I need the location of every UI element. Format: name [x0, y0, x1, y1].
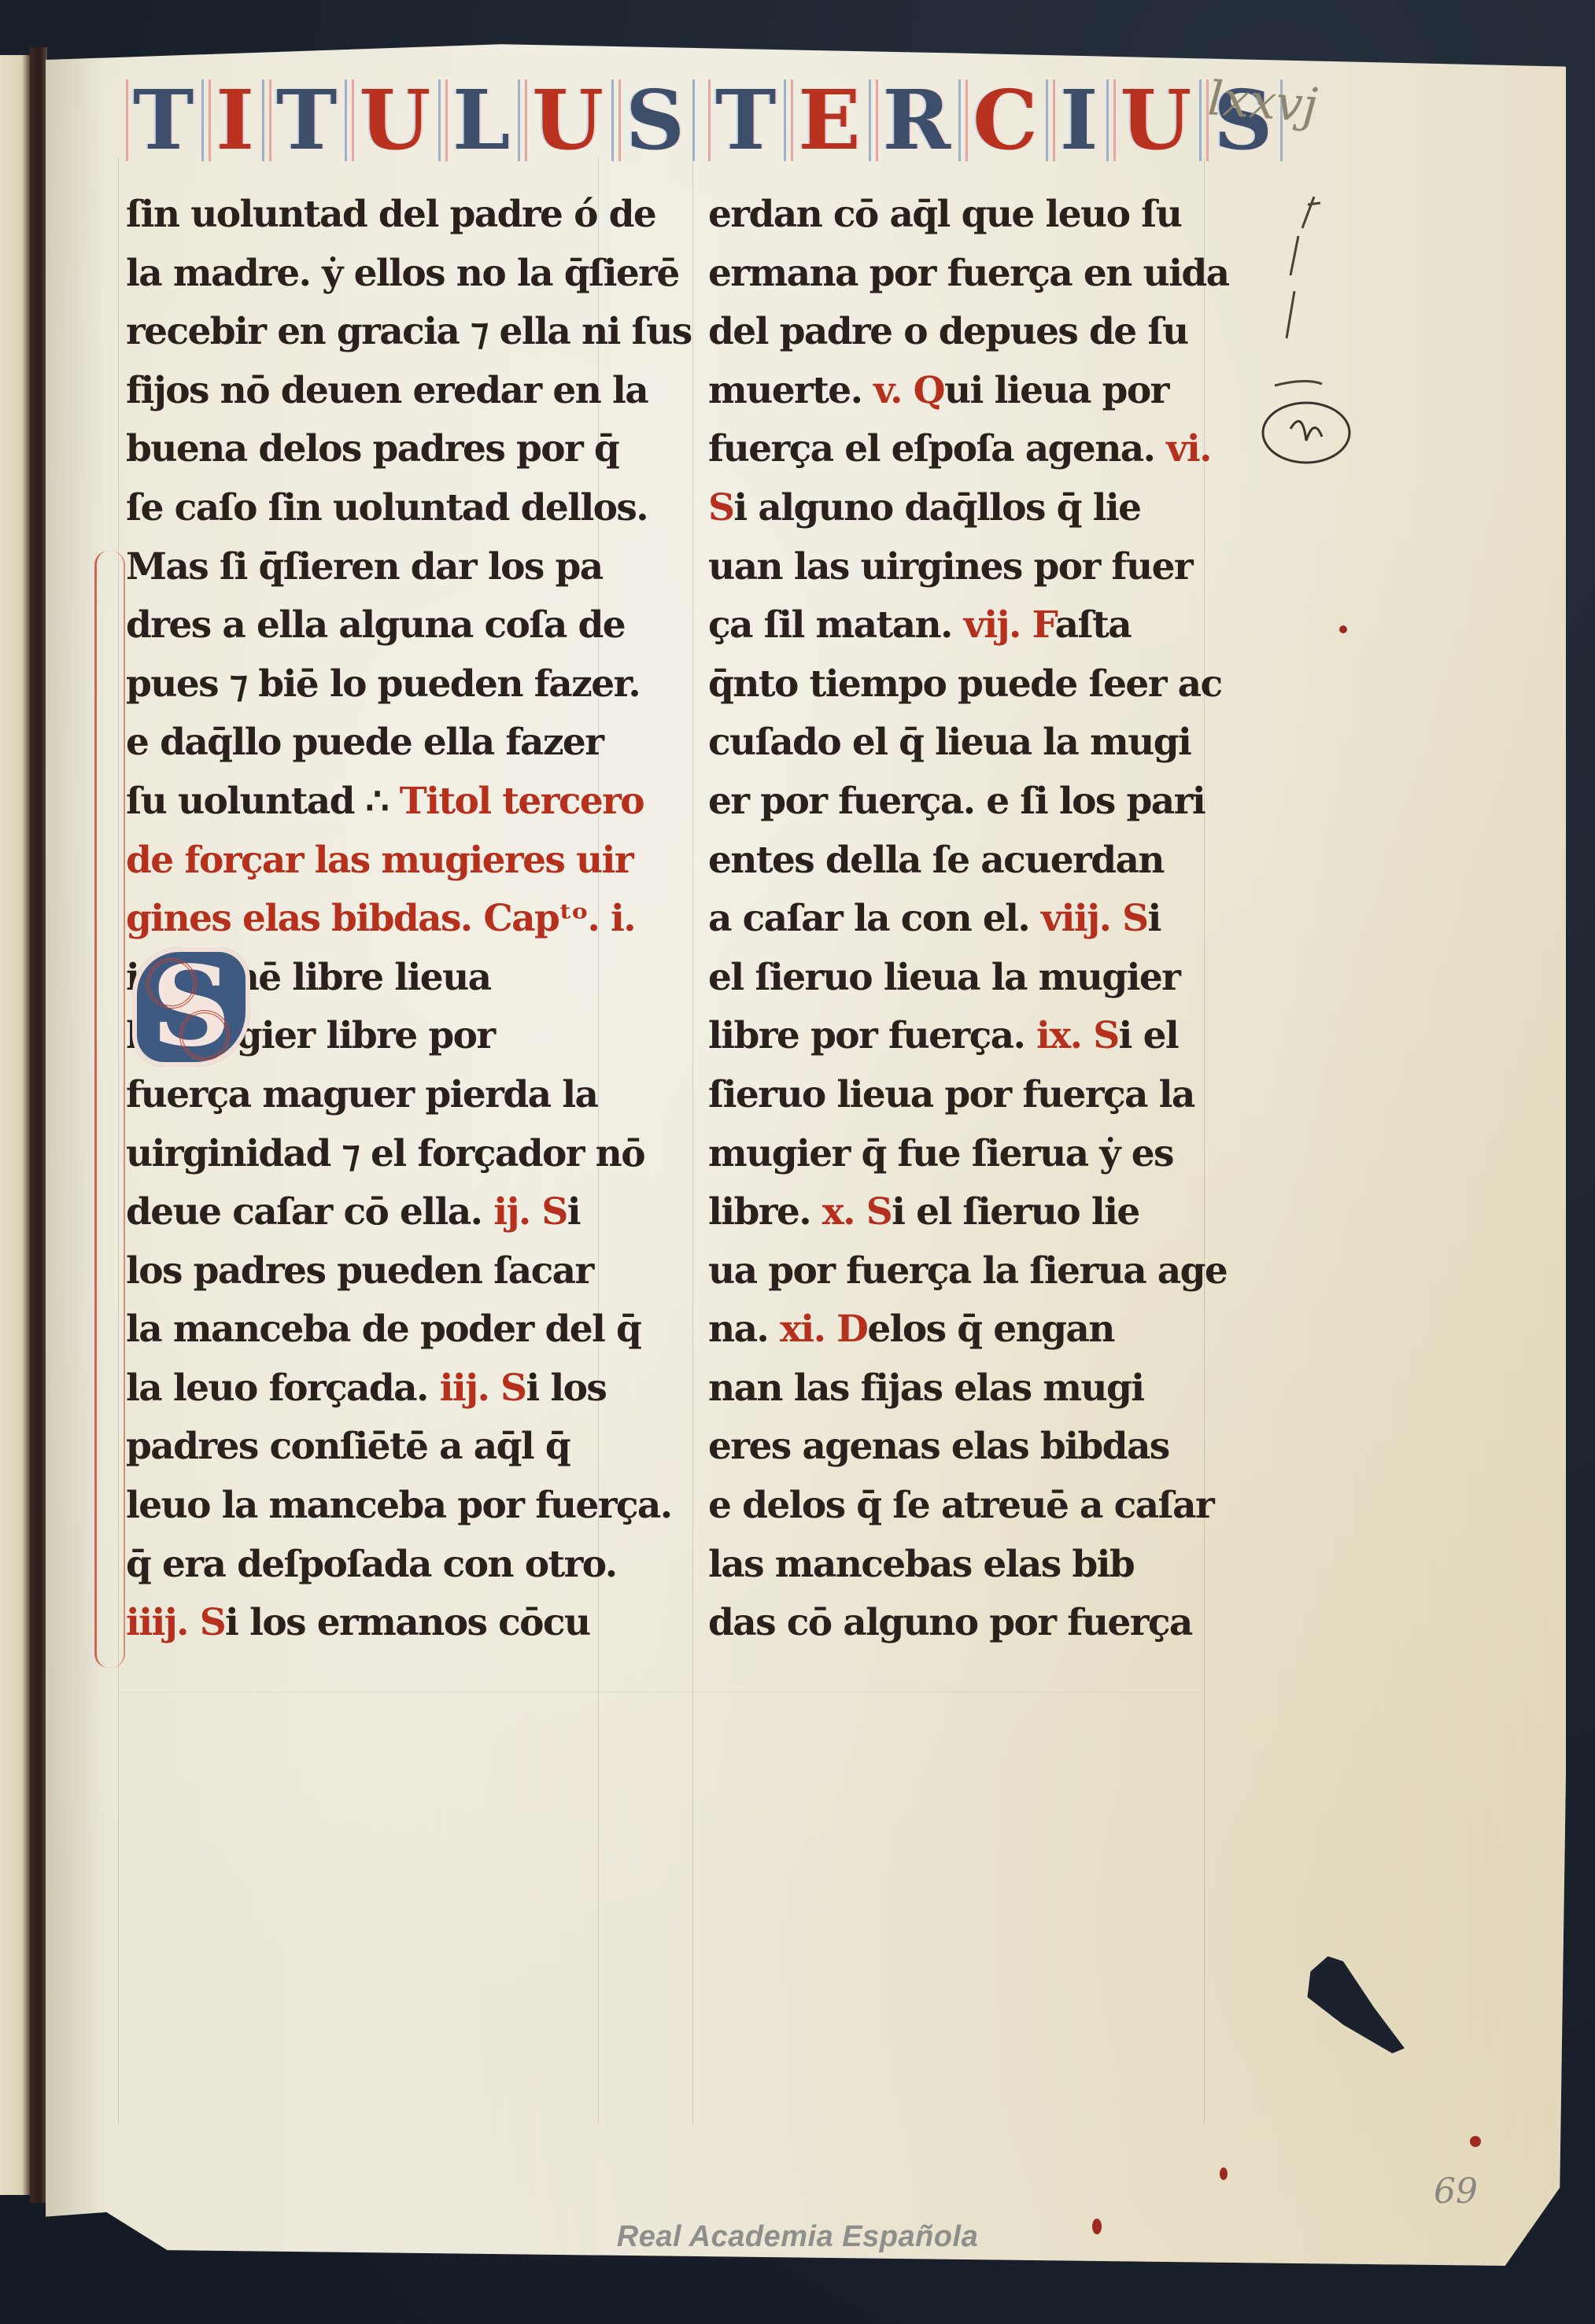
body-text: i — [567, 1190, 580, 1234]
body-text: aſta — [1055, 603, 1131, 647]
body-text: a caſar la con el. — [708, 897, 1041, 940]
rubric-text: ij. S — [493, 1190, 567, 1234]
rubric-text: viij. S — [1041, 897, 1148, 940]
text-column-right: erdan cō aq̄l que leuo ſuermana por fuer… — [708, 186, 1228, 1653]
body-text: e delos q̄ ſe atreuē a caſar — [708, 1484, 1213, 1527]
text-line: ſieruo lieua por fuerça la — [708, 1066, 1228, 1125]
rubric-text: de forçar las mugieres uir — [126, 839, 633, 882]
heading-letter: U — [352, 79, 441, 161]
text-line: el ſieruo lieua la mugier — [708, 949, 1228, 1008]
body-text: los padres pueden ſacar — [126, 1249, 593, 1293]
text-line: recebir en gracia ⁊ ella ni ſus — [126, 303, 692, 362]
text-line: fuerça el eſpoſa agena. vi. — [708, 420, 1228, 479]
body-text: ui lieua por — [944, 369, 1169, 412]
rubric-text: v. Q — [873, 369, 944, 412]
text-line: iiij. Si los ermanos cōcu — [126, 1594, 692, 1653]
body-text: elos q̄ engan — [867, 1308, 1114, 1351]
initial-swirl-icon — [179, 1010, 230, 1061]
heading-letter: E — [791, 79, 870, 161]
body-text: Mas ſi q̄ſieren dar los pa — [126, 545, 603, 588]
heading-letter: U — [1113, 79, 1202, 161]
page-number: 69 — [1434, 2171, 1478, 2211]
ruling-line — [118, 1691, 1204, 1692]
body-text: ua por fuerça la ſierua age — [708, 1249, 1227, 1293]
ruling-line — [692, 157, 693, 2124]
rubric-text: gines elas bibdas. Capᵗᵒ. i. — [126, 897, 635, 940]
rubric-text: ix. S — [1036, 1014, 1119, 1057]
text-line: dres a ella alguna coſa de — [126, 596, 692, 655]
heading-letter: I — [209, 79, 264, 161]
text-line: fuerça maguer pierda la — [126, 1066, 692, 1125]
body-text: eres agenas elas bibdas — [708, 1425, 1169, 1468]
text-line: buena delos padres por q̄ — [126, 420, 692, 479]
watermark: Real Academia Española — [0, 2220, 1595, 2254]
body-text: deue caſar cō ella. — [126, 1190, 493, 1234]
text-line: e daq̄llo puede ella fazer — [126, 714, 692, 773]
body-text: libre por fuerça. — [708, 1014, 1036, 1057]
heading-letter: S — [618, 79, 695, 161]
body-text: ſu uoluntad ∴ — [126, 780, 400, 823]
text-line: la leuo forçada. iij. Si los — [126, 1359, 692, 1418]
text-line: a caſar la con el. viij. Si — [708, 890, 1228, 949]
text-line: er por fuerça. e ſi los pari — [708, 773, 1228, 832]
heading-letter: T — [126, 79, 204, 161]
rubric-text: Titol tercero — [400, 780, 644, 823]
initial-swirl-icon — [146, 958, 197, 1009]
body-text: i — [1147, 897, 1160, 940]
body-text: uirginidad ⁊ el forçador nō — [126, 1132, 644, 1175]
body-text: nan las fijas elas mugi — [708, 1367, 1144, 1410]
text-column-left: ſin uoluntad del padre ó dela madre. ẏ e… — [126, 186, 692, 1653]
body-text: buena delos padres por q̄ — [126, 427, 618, 470]
body-text: erdan cō aq̄l que leuo ſu — [708, 193, 1181, 236]
text-line: pues ⁊ biē lo pueden fazer. — [126, 655, 692, 714]
text-line: nan las fijas elas mugi — [708, 1359, 1228, 1418]
text-line: eres agenas elas bibdas — [708, 1418, 1228, 1477]
red-stain — [1220, 2167, 1228, 2180]
body-text: ça ſil matan. — [708, 603, 964, 647]
red-stain — [1470, 2136, 1481, 2147]
heading-letter: C — [965, 79, 1048, 161]
initial-penwork-decoration — [94, 551, 125, 1668]
body-text: las mancebas elas bib — [708, 1543, 1134, 1586]
body-text: muerte. — [708, 369, 873, 412]
body-text: uan las uirgines por fuer — [708, 545, 1192, 588]
rubric-text: iij. S — [440, 1367, 526, 1410]
body-text: la manceba de poder del q̄ — [126, 1308, 641, 1351]
body-text: i alguno daq̄llos q̄ lie — [733, 486, 1140, 529]
text-line: libre. x. Si el ſieruo lie — [708, 1183, 1228, 1242]
running-title-left: TITULUS — [126, 75, 695, 161]
text-line: na. xi. Delos q̄ engan — [708, 1300, 1228, 1359]
heading-letter: U — [525, 79, 614, 161]
text-line: la madre. ẏ ellos no la q̄ſierē — [126, 245, 692, 304]
running-title-right: TERCIUS — [708, 75, 1283, 161]
text-line: q̄nto tiempo puede ſeer ac — [708, 655, 1228, 714]
book-spine — [30, 47, 47, 2203]
text-line: de forçar las mugieres uir — [126, 832, 692, 891]
text-line: uan las uirgines por fuer — [708, 538, 1228, 597]
text-line: ça ſil matan. vij. Faſta — [708, 596, 1228, 655]
heading-letter: L — [445, 79, 520, 161]
text-line: ſu uoluntad ∴ Titol tercero — [126, 773, 692, 832]
body-text: fuerça maguer pierda la — [126, 1073, 597, 1116]
text-line: libre por fuerça. ix. Si el — [708, 1007, 1228, 1066]
body-text: el ſieruo lieua la mugier — [708, 956, 1180, 999]
body-text: i los — [526, 1367, 606, 1410]
body-text: libre. — [708, 1190, 822, 1234]
body-text: la madre. ẏ ellos no la q̄ſierē — [126, 252, 679, 295]
body-text: leuo la manceba por fuerça. — [126, 1484, 672, 1527]
body-text: dres a ella alguna coſa de — [126, 603, 625, 647]
rubric-text: x. S — [822, 1190, 892, 1234]
body-text: q̄nto tiempo puede ſeer ac — [708, 662, 1222, 706]
body-text: q̄ era deſpoſada con otro. — [126, 1543, 616, 1586]
body-text: er por fuerça. e ſi los pari — [708, 780, 1205, 823]
text-line: ua por fuerça la ſierua age — [708, 1242, 1228, 1301]
body-text: ſe caſo ſin uoluntad dellos. — [126, 486, 648, 529]
text-line: cuſado el q̄ lieua la mugi — [708, 714, 1228, 773]
body-text: fijos nō deuen eredar en la — [126, 369, 648, 412]
text-line: ſin uoluntad del padre ó de — [126, 186, 692, 245]
text-line: ſe caſo ſin uoluntad dellos. — [126, 479, 692, 538]
folio-roman-numeral: lxxvj — [1206, 71, 1320, 134]
text-line: erdan cō aq̄l que leuo ſu — [708, 186, 1228, 245]
body-text: recebir en gracia ⁊ ella ni ſus — [126, 310, 692, 353]
text-line: del padre o depues de ſu — [708, 303, 1228, 362]
text-line: mugier q̄ fue ſierua ẏ es — [708, 1125, 1228, 1184]
text-line: ermana por fuerça en uida — [708, 245, 1228, 304]
rubric-text: iiij. S — [126, 1601, 225, 1644]
heading-letter: R — [876, 79, 961, 161]
text-line: Si alguno daq̄llos q̄ lie — [708, 479, 1228, 538]
text-line: uirginidad ⁊ el forçador nō — [126, 1125, 692, 1184]
text-line: las mancebas elas bib — [708, 1536, 1228, 1595]
text-line: Mas ſi q̄ſieren dar los pa — [126, 538, 692, 597]
text-line: fijos nō deuen eredar en la — [126, 362, 692, 421]
body-text: ſin uoluntad del padre ó de — [126, 193, 655, 236]
text-line: entes della ſe acuerdan — [708, 832, 1228, 891]
body-text: das cō alguno por fuerça — [708, 1601, 1192, 1644]
body-text: ſieruo lieua por fuerça la — [708, 1073, 1194, 1116]
body-text: ermana por fuerça en uida — [708, 252, 1228, 295]
body-text: i el — [1119, 1014, 1179, 1057]
text-line: los padres pueden ſacar — [126, 1242, 692, 1301]
rubric-text: vij. F — [964, 603, 1055, 647]
text-line: muerte. v. Qui lieua por — [708, 362, 1228, 421]
rubric-text: S — [708, 486, 733, 529]
text-line: gines elas bibdas. Capᵗᵒ. i. — [126, 890, 692, 949]
text-line: padres conſiētē a aq̄l q̄ — [126, 1418, 692, 1477]
heading-letter: I — [1053, 79, 1109, 161]
text-line: leuo la manceba por fuerça. — [126, 1477, 692, 1536]
heading-letter: T — [708, 79, 786, 161]
body-text: pues ⁊ biē lo pueden fazer. — [126, 662, 640, 706]
decorated-initial: S — [132, 947, 250, 1067]
text-line: deue caſar cō ella. ij. Si — [126, 1183, 692, 1242]
body-text: i los ermanos cōcu — [225, 1601, 589, 1644]
body-text: la leuo forçada. — [126, 1367, 440, 1410]
body-text: mugier q̄ fue ſierua ẏ es — [708, 1132, 1173, 1175]
previous-page-edge — [0, 55, 31, 2195]
rubric-text: vi. — [1166, 427, 1211, 470]
text-line: la manceba de poder del q̄ — [126, 1300, 692, 1359]
body-text: padres conſiētē a aq̄l q̄ — [126, 1425, 570, 1468]
body-text: i el ſieruo lie — [892, 1190, 1139, 1234]
body-text: del padre o depues de ſu — [708, 310, 1188, 353]
text-line: das cō alguno por fuerça — [708, 1594, 1228, 1653]
rubric-text: xi. D — [780, 1308, 867, 1351]
red-stain — [1339, 625, 1347, 633]
heading-letter: T — [269, 79, 347, 161]
body-text: fuerça el eſpoſa agena. — [708, 427, 1166, 470]
text-line: q̄ era deſpoſada con otro. — [126, 1536, 692, 1595]
text-line: e delos q̄ ſe atreuē a caſar — [708, 1477, 1228, 1536]
body-text: e daq̄llo puede ella fazer — [126, 721, 603, 764]
body-text: na. — [708, 1308, 780, 1351]
body-text: entes della ſe acuerdan — [708, 839, 1164, 882]
body-text: cuſado el q̄ lieua la mugi — [708, 721, 1191, 764]
marginal-scribble-icon — [1259, 181, 1385, 464]
